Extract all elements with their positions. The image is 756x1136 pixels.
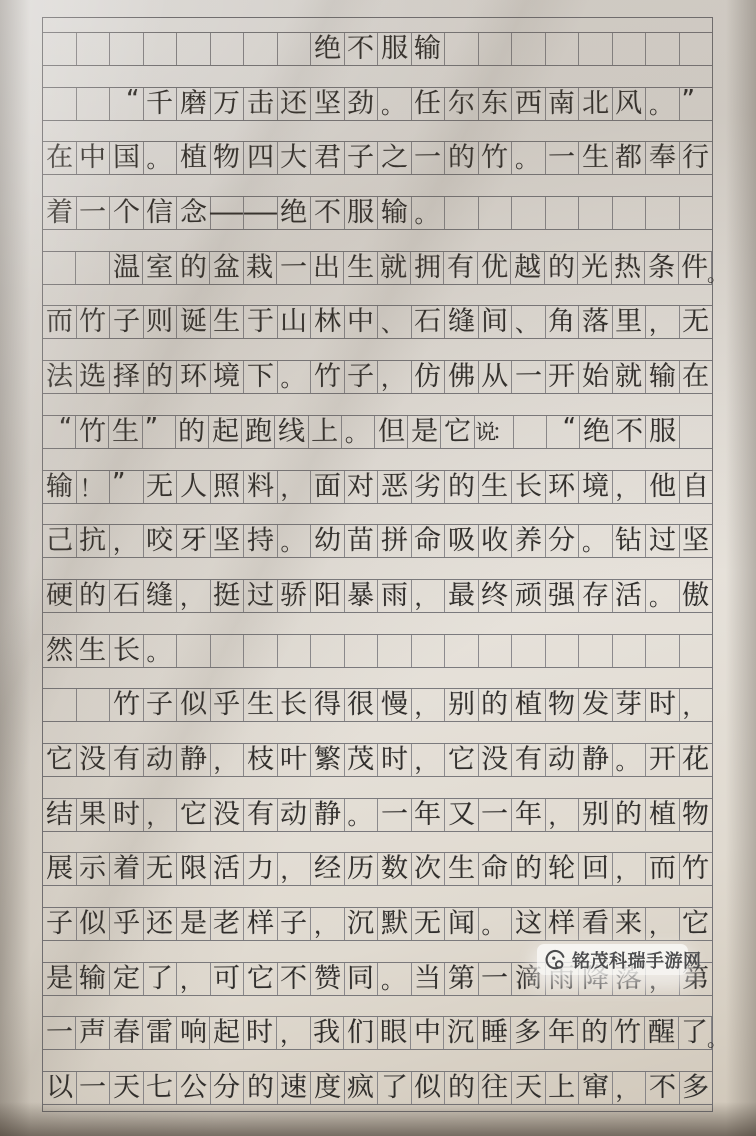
handwritten-character: 它 — [180, 799, 207, 829]
grid-cell: 沉 — [444, 1017, 477, 1049]
grid-cell: 硬 — [43, 580, 77, 612]
grid-row: 以一天七公分的速度疯了似的往天上窜，不多 — [43, 1071, 712, 1105]
handwritten-character: 有 — [247, 799, 274, 829]
handwritten-character: 石 — [414, 307, 441, 337]
grid-cell: 。 — [278, 361, 312, 393]
grid-cell: 枝 — [244, 744, 278, 776]
handwritten-character: 闻 — [448, 909, 475, 939]
grid-cell: 的 — [244, 1072, 278, 1104]
grid-cell: 竹 — [76, 416, 109, 448]
grid-cell: 多 — [680, 1072, 713, 1104]
grid-cell: 往 — [479, 1072, 513, 1104]
grid-cell: 境 — [211, 361, 245, 393]
handwritten-character: 时 — [381, 745, 408, 775]
grid-cell — [546, 197, 580, 229]
handwritten-character: 对 — [347, 471, 374, 501]
handwritten-character: 了 — [681, 1018, 708, 1048]
handwritten-character: 数 — [381, 854, 408, 884]
handwritten-character: 长 — [515, 471, 542, 501]
grid-cell: 次 — [412, 853, 446, 885]
handwritten-character: 似 — [79, 909, 106, 939]
grid-cell: ， — [277, 1017, 310, 1049]
grid-cell: 坚 — [680, 525, 713, 557]
handwritten-character: 着 — [113, 854, 140, 884]
grid-cell — [378, 635, 412, 667]
game-site-logo-icon — [544, 948, 567, 971]
grid-cell: 无 — [144, 853, 178, 885]
handwritten-character: 在 — [682, 362, 709, 392]
handwritten-character: 多 — [682, 1073, 709, 1103]
grid-cell: 叶 — [278, 744, 312, 776]
handwritten-character: 有 — [515, 745, 542, 775]
handwritten-character: 子 — [280, 909, 307, 939]
handwritten-character: 不 — [314, 198, 341, 228]
grid-cell: 慢 — [378, 689, 412, 721]
handwritten-character: 里 — [615, 307, 642, 337]
grid-cell: 自 — [680, 471, 713, 503]
grid-cell: 北 — [579, 88, 613, 120]
grid-cell: ， — [144, 799, 178, 831]
grid-cell: ， — [613, 853, 647, 885]
grid-cell: 力 — [244, 853, 278, 885]
grid-cell: 一 — [277, 252, 310, 284]
grid-cell: 东 — [479, 88, 513, 120]
grid-cell: 越 — [511, 252, 544, 284]
handwritten-character: 命 — [481, 854, 508, 884]
grid-cell: 就 — [613, 361, 647, 393]
handwritten-character: 环 — [180, 362, 207, 392]
grid-cell: 速 — [278, 1072, 312, 1104]
grid-cell: 定 — [110, 963, 144, 995]
grid-cell: 开 — [546, 361, 580, 393]
handwritten-character: 看 — [582, 909, 609, 939]
grid-cell: 样 — [244, 908, 278, 940]
handwritten-character: 历 — [347, 854, 374, 884]
grid-cell — [613, 33, 647, 65]
grid-cell: 起 — [209, 416, 242, 448]
grid-cell: 万 — [211, 88, 245, 120]
handwritten-character: 南 — [548, 89, 575, 119]
grid-cell: 示 — [77, 853, 111, 885]
grid-cell: 输 — [378, 197, 412, 229]
grid-cell: 植 — [646, 799, 680, 831]
grid-cell: 而 — [646, 853, 680, 885]
handwritten-character: 竹 — [79, 307, 106, 337]
handwritten-character: 吸 — [448, 526, 475, 556]
handwritten-character: 乎 — [213, 690, 240, 720]
grid-cell: 一 — [479, 799, 513, 831]
grid-cell: 吸 — [445, 525, 479, 557]
grid-cell: 诞 — [177, 306, 211, 338]
handwritten-character: 春 — [112, 1018, 139, 1048]
grid-row: 着一个信念——绝不服输。 — [43, 196, 712, 230]
handwritten-character: 而 — [46, 307, 73, 337]
handwritten-character: 境 — [213, 362, 240, 392]
handwritten-character: 坚 — [682, 526, 709, 556]
grid-cell — [76, 252, 109, 284]
grid-cell: 这 — [512, 908, 546, 940]
handwritten-character: 室 — [146, 253, 173, 283]
grid-cell — [77, 88, 111, 120]
handwritten-character: 别 — [448, 690, 475, 720]
grid-row: “千磨万击还坚劲。任尔东西南北风。” — [43, 87, 712, 121]
grid-cell: 不 — [646, 1072, 680, 1104]
grid-cell: 活 — [613, 580, 647, 612]
handwritten-character: 角 — [548, 307, 575, 337]
grid-cell — [445, 33, 479, 65]
handwritten-character: 没 — [79, 745, 106, 775]
grid-cell: 人 — [177, 471, 211, 503]
handwritten-character: ， — [616, 1075, 639, 1105]
grid-cell: 的 — [77, 580, 111, 612]
handwritten-character: 劣 — [414, 471, 441, 501]
grid-cell: 子 — [43, 908, 77, 940]
handwritten-character: 一 — [414, 143, 441, 173]
handwritten-character: 还 — [146, 909, 173, 939]
handwritten-character: 一 — [46, 1018, 73, 1048]
handwritten-character: 君 — [314, 143, 341, 173]
grid-cell — [43, 689, 77, 721]
handwritten-character: 条 — [648, 253, 675, 283]
handwritten-character: 而 — [649, 854, 676, 884]
handwritten-character: 。 — [616, 747, 639, 777]
handwritten-character: 响 — [179, 1018, 206, 1048]
grid-cell: 行 — [680, 142, 713, 174]
grid-cell: 天 — [512, 1072, 546, 1104]
grid-cell: 生 — [211, 306, 245, 338]
handwritten-character: 可 — [213, 964, 240, 994]
grid-row: 在中国。植物四大君子之一的竹。一生都奉行 — [43, 141, 712, 175]
grid-cell: 不 — [345, 33, 379, 65]
grid-cell: 挺 — [211, 580, 245, 612]
handwritten-character: 子 — [347, 362, 374, 392]
handwritten-character: ， — [314, 911, 337, 941]
grid-cell: 上 — [309, 416, 342, 448]
handwritten-character: 下 — [247, 362, 274, 392]
handwritten-character: 上 — [548, 1073, 575, 1103]
handwritten-character: 任 — [414, 89, 441, 119]
handwritten-character: 有 — [113, 745, 140, 775]
handwritten-character: 还 — [280, 89, 307, 119]
handwritten-character: 没 — [213, 799, 240, 829]
handwritten-character: 的 — [615, 799, 642, 829]
grid-cell — [177, 635, 211, 667]
handwritten-character: 输 — [46, 471, 73, 501]
grid-cell — [579, 33, 613, 65]
handwritten-character: 它 — [46, 745, 73, 775]
handwritten-character: ” — [112, 468, 125, 498]
grid-cell: 它 — [680, 908, 713, 940]
grid-cell: 眼 — [378, 1017, 411, 1049]
grid-cell: 石 — [412, 306, 446, 338]
grid-cell: 生 — [579, 142, 613, 174]
grid-cell — [43, 33, 77, 65]
handwritten-character: 养 — [515, 526, 542, 556]
handwritten-character: 定 — [113, 964, 140, 994]
handwritten-character: 慢 — [381, 690, 408, 720]
handwritten-character: 件 — [681, 253, 708, 283]
handwritten-character: 则 — [146, 307, 173, 337]
grid-cell: ， — [646, 306, 680, 338]
grid-cell — [445, 197, 479, 229]
grid-cell: 长 — [110, 635, 144, 667]
handwritten-character: 分 — [213, 1073, 240, 1103]
grid-cell: 信 — [144, 197, 178, 229]
grid-cell: 的 — [613, 799, 647, 831]
grid-cell: 植 — [177, 142, 211, 174]
grid-cell: 过 — [244, 580, 278, 612]
grid-cell: 它 — [445, 744, 479, 776]
grid-cell — [345, 635, 379, 667]
grid-cell: 都 — [613, 142, 647, 174]
handwritten-character: 赞 — [314, 964, 341, 994]
grid-cell — [546, 635, 580, 667]
handwritten-character: 生 — [79, 635, 106, 665]
handwritten-character: 竹 — [614, 1018, 641, 1048]
handwritten-character: 限 — [180, 854, 207, 884]
handwritten-character: 们 — [347, 1018, 374, 1048]
handwritten-character: 它 — [247, 964, 274, 994]
grid-cell: 它 — [177, 799, 211, 831]
grid-cell: 的 — [177, 252, 210, 284]
handwritten-character: 。 — [281, 364, 304, 394]
handwritten-character: 默 — [381, 909, 408, 939]
grid-cell: — — [244, 197, 278, 229]
grid-cell: 苗 — [345, 525, 379, 557]
grid-cell: ” — [143, 416, 176, 448]
grid-cell: 光 — [578, 252, 611, 284]
grid-cell: 果 — [77, 799, 111, 831]
grid-cell: 服 — [646, 416, 679, 448]
grid-cell: 拥 — [411, 252, 444, 284]
grid-cell: 盆 — [210, 252, 243, 284]
grid-cell: 从 — [479, 361, 513, 393]
handwritten-character: 输 — [649, 362, 676, 392]
grid-cell: 醒 — [645, 1017, 678, 1049]
handwritten-character: 人 — [180, 471, 207, 501]
handwritten-character: 盆 — [213, 253, 240, 283]
grid-cell: ， — [613, 1072, 647, 1104]
grid-cell: 茂 — [345, 744, 379, 776]
grid-cell: 抗 — [77, 525, 111, 557]
handwritten-character: 收 — [481, 526, 508, 556]
handwritten-character: 得 — [314, 690, 341, 720]
grid-cell: 生 — [77, 635, 111, 667]
handwritten-character: 出 — [313, 253, 340, 283]
handwritten-character: 竹 — [314, 362, 341, 392]
grid-cell: 子 — [144, 689, 178, 721]
grid-cell: 坚 — [311, 88, 345, 120]
handwritten-character: 。 — [348, 802, 371, 832]
handwritten-character: 轮 — [548, 854, 575, 884]
handwritten-character: 一 — [280, 253, 307, 283]
grid-cell: 是 — [43, 963, 77, 995]
handwritten-character: 静 — [314, 799, 341, 829]
grid-cell — [680, 416, 712, 448]
grid-cell: 四 — [244, 142, 278, 174]
handwritten-character: ， — [415, 747, 438, 777]
handwritten-character: 繁 — [314, 745, 341, 775]
grid-cell: 没 — [479, 744, 513, 776]
handwritten-character: 间 — [481, 307, 508, 337]
grid-cell: 。 — [378, 88, 412, 120]
handwritten-character: 抗 — [79, 526, 106, 556]
handwritten-character: 了 — [146, 964, 173, 994]
handwritten-character: 眼 — [380, 1018, 407, 1048]
handwritten-character: 静 — [180, 745, 207, 775]
grid-cell: 角 — [546, 306, 580, 338]
grid-cell: 命 — [479, 853, 513, 885]
grid-cell: 着 — [43, 197, 77, 229]
grid-cell — [646, 635, 680, 667]
grid-cell — [110, 33, 144, 65]
grid-cell: 阳 — [311, 580, 345, 612]
handwritten-character: 光 — [581, 253, 608, 283]
grid-cell: 有 — [244, 799, 278, 831]
grid-cell: 坚 — [211, 525, 245, 557]
grid-cell: 生 — [344, 252, 377, 284]
handwritten-character: 年 — [515, 799, 542, 829]
handwritten-character: 拼 — [381, 526, 408, 556]
handwritten-character: 子 — [347, 143, 374, 173]
handwritten-character: 沉 — [447, 1018, 474, 1048]
handwritten-character: 就 — [380, 253, 407, 283]
handwritten-character: 挺 — [213, 581, 240, 611]
handwritten-character: 生 — [347, 253, 374, 283]
grid-cell: 。 — [278, 525, 312, 557]
handwritten-character: 芽 — [615, 690, 642, 720]
handwritten-character: 输 — [414, 34, 441, 64]
grid-cell: 中 — [345, 306, 379, 338]
handwritten-character: 动 — [280, 799, 307, 829]
handwritten-character: 服 — [381, 34, 408, 64]
grid-cell: 还 — [278, 88, 312, 120]
handwritten-character: ， — [180, 583, 203, 613]
handwritten-character: 诞 — [180, 307, 207, 337]
grid-cell: 发 — [579, 689, 613, 721]
handwritten-character: 尔 — [448, 89, 475, 119]
handwritten-character: 沉 — [347, 909, 374, 939]
handwritten-character: 时 — [246, 1018, 273, 1048]
handwritten-character: 阳 — [314, 581, 341, 611]
grid-cell: 以 — [43, 1072, 77, 1104]
handwritten-character: ， — [281, 474, 304, 504]
grid-cell: 长 — [278, 689, 312, 721]
grid-cell: 竹 — [680, 853, 713, 885]
grid-cell: 栽 — [244, 252, 277, 284]
handwritten-character: 选 — [79, 362, 106, 392]
grid-cell: 春 — [110, 1017, 143, 1049]
grid-cell: 面 — [311, 471, 345, 503]
handwritten-character: 北 — [582, 89, 609, 119]
grid-cell: 对 — [345, 471, 379, 503]
handwritten-character: 长 — [113, 635, 140, 665]
handwritten-character: 越 — [514, 253, 541, 283]
grid-cell — [244, 33, 278, 65]
grid-cell: 一 — [479, 963, 513, 995]
handwritten-character: ， — [280, 1020, 303, 1050]
handwritten-character: 这 — [515, 909, 542, 939]
handwritten-character: 有 — [447, 253, 474, 283]
handwritten-character: 一 — [481, 799, 508, 829]
grid-cell: 的 — [144, 361, 178, 393]
handwritten-character: — — [242, 198, 278, 228]
grid-cell: 他 — [646, 471, 680, 503]
grid-cell: 的 — [578, 1017, 611, 1049]
grid-row: 然生长。 — [43, 634, 712, 668]
handwritten-character: 幼 — [314, 526, 341, 556]
handwritten-character: 劲 — [347, 89, 374, 119]
grid-cell: ， — [546, 799, 580, 831]
grid-cell: 绝 — [311, 33, 345, 65]
handwritten-character: 植 — [649, 799, 676, 829]
handwritten-character: 速 — [280, 1073, 307, 1103]
handwritten-character: 活 — [615, 581, 642, 611]
handwritten-character: 物 — [548, 690, 575, 720]
grid-cell: 子 — [278, 908, 312, 940]
grid-cell: 。 — [646, 88, 680, 120]
grid-cell: 过 — [646, 525, 680, 557]
grid-cell: 无 — [680, 306, 713, 338]
handwritten-character: 是 — [411, 417, 438, 447]
grid-cell — [77, 689, 111, 721]
handwritten-character: 样 — [247, 909, 274, 939]
grid-cell: 历 — [345, 853, 379, 885]
grid-cell: 时 — [646, 689, 680, 721]
handwritten-character: 样 — [548, 909, 575, 939]
grid-cell: 恶 — [378, 471, 412, 503]
handwritten-character: 奉 — [649, 143, 676, 173]
grid-cell: 似 — [77, 908, 111, 940]
handwritten-character: 无 — [414, 909, 441, 939]
handwritten-character: 的 — [581, 1018, 608, 1048]
handwritten-character: 、 — [515, 309, 538, 339]
grid-cell: 下 — [244, 361, 278, 393]
handwritten-character: 叶 — [280, 745, 307, 775]
handwritten-character: 东 — [481, 89, 508, 119]
grid-cell: 大 — [278, 142, 312, 174]
grid-cell: 公 — [177, 1072, 211, 1104]
grid-cell: 仿 — [412, 361, 446, 393]
grid-cell: 钻 — [613, 525, 647, 557]
grid-cell — [512, 197, 546, 229]
grid-cell: 窜 — [579, 1072, 613, 1104]
grid-cell: 似 — [177, 689, 211, 721]
grid-cell: 生 — [244, 689, 278, 721]
handwritten-character: 环 — [548, 471, 575, 501]
grid-cell: 条 — [645, 252, 678, 284]
grid-cell: ， — [278, 471, 312, 503]
handwritten-character: 年 — [547, 1018, 574, 1048]
handwritten-character: 自 — [682, 471, 709, 501]
grid-cell: 就 — [378, 252, 411, 284]
handwritten-character: 中 — [414, 1018, 441, 1048]
grid-cell: 开 — [646, 744, 680, 776]
grid-cell: ” — [110, 471, 144, 503]
handwritten-character: 长 — [280, 690, 307, 720]
handwritten-character: 当 — [414, 964, 441, 994]
grid-cell: 劲 — [345, 88, 379, 120]
grid-cell: 一 — [378, 799, 412, 831]
handwritten-character: 但 — [377, 417, 404, 447]
grid-row: 己抗，咬牙坚持。幼苗拼命吸收养分。钻过坚 — [43, 524, 712, 558]
handwritten-character: 公 — [180, 1073, 207, 1103]
handwritten-character: 跑 — [245, 417, 272, 447]
grid-cell — [177, 33, 211, 65]
handwritten-character: 四 — [247, 143, 274, 173]
handwritten-character: 竹 — [481, 143, 508, 173]
handwritten-character: 似 — [414, 1073, 441, 1103]
